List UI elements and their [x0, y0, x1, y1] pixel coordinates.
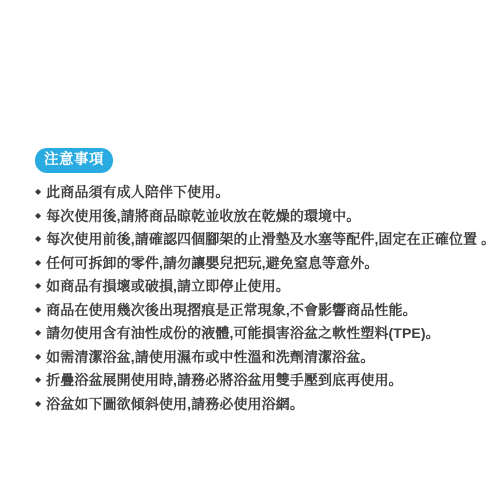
notice-header-badge: 注意事項 — [35, 148, 113, 173]
notice-item-text: 浴盆如下圖欲傾斜使用,請務必使用浴網。 — [46, 397, 304, 411]
diamond-bullet-icon: ◆ — [35, 400, 41, 408]
notice-list-item: ◆ 請勿使用含有油性成份的液體,可能損害浴盆之軟性塑料(TPE)。 — [35, 322, 472, 346]
notice-list-item: ◆ 任何可拆卸的零件,請勿讓嬰兒把玩,避免窒息等意外。 — [35, 251, 472, 275]
notice-list-item: ◆ 如商品有損壞或破損,請立即停止使用。 — [35, 275, 472, 299]
notice-list-item: ◆ 每次使用前後,請確認四個腳架的止滑墊及水塞等配件,固定在正確位置 。 — [35, 228, 472, 252]
notice-list-item: ◆ 浴盆如下圖欲傾斜使用,請務必使用浴網。 — [35, 392, 472, 416]
notice-list-item: ◆ 折疊浴盆展開使用時,請務必將浴盆用雙手壓到底再使用。 — [35, 369, 472, 393]
notice-item-text: 此商品須有成人陪伴下使用。 — [46, 185, 229, 199]
notice-list: ◆ 此商品須有成人陪伴下使用。 ◆ 每次使用後,請將商品晾乾並收放在乾燥的環境中… — [35, 181, 472, 416]
diamond-bullet-icon: ◆ — [35, 306, 41, 314]
notice-item-text: 請勿使用含有油性成份的液體,可能損害浴盆之軟性塑料(TPE)。 — [46, 326, 440, 340]
diamond-bullet-icon: ◆ — [35, 259, 41, 267]
notice-item-text: 每次使用前後,請確認四個腳架的止滑墊及水塞等配件,固定在正確位置 。 — [46, 232, 495, 246]
diamond-bullet-icon: ◆ — [35, 235, 41, 243]
notice-section: 注意事項 ◆ 此商品須有成人陪伴下使用。 ◆ 每次使用後,請將商品晾乾並收放在乾… — [35, 148, 472, 416]
diamond-bullet-icon: ◆ — [35, 353, 41, 361]
notice-item-text: 折疊浴盆展開使用時,請務必將浴盆用雙手壓到底再使用。 — [46, 373, 403, 387]
notice-item-text: 商品在使用幾次後出現摺痕是正常現象,不會影響商品性能。 — [46, 303, 417, 317]
notice-list-item: ◆ 如需清潔浴盆,請使用濕布或中性溫和洗劑清潔浴盆。 — [35, 345, 472, 369]
notice-list-item: ◆ 此商品須有成人陪伴下使用。 — [35, 181, 472, 205]
notice-item-text: 任何可拆卸的零件,請勿讓嬰兒把玩,避免窒息等意外。 — [46, 256, 378, 270]
notice-list-item: ◆ 商品在使用幾次後出現摺痕是正常現象,不會影響商品性能。 — [35, 298, 472, 322]
diamond-bullet-icon: ◆ — [35, 282, 41, 290]
instruction-page: 注意事項 ◆ 此商品須有成人陪伴下使用。 ◆ 每次使用後,請將商品晾乾並收放在乾… — [0, 0, 500, 500]
diamond-bullet-icon: ◆ — [35, 212, 41, 220]
diamond-bullet-icon: ◆ — [35, 376, 41, 384]
diamond-bullet-icon: ◆ — [35, 188, 41, 196]
notice-item-text: 如需清潔浴盆,請使用濕布或中性溫和洗劑清潔浴盆。 — [46, 350, 374, 364]
notice-item-text: 每次使用後,請將商品晾乾並收放在乾燥的環境中。 — [46, 209, 360, 223]
notice-item-text: 如商品有損壞或破損,請立即停止使用。 — [46, 279, 290, 293]
diamond-bullet-icon: ◆ — [35, 329, 41, 337]
notice-list-item: ◆ 每次使用後,請將商品晾乾並收放在乾燥的環境中。 — [35, 204, 472, 228]
